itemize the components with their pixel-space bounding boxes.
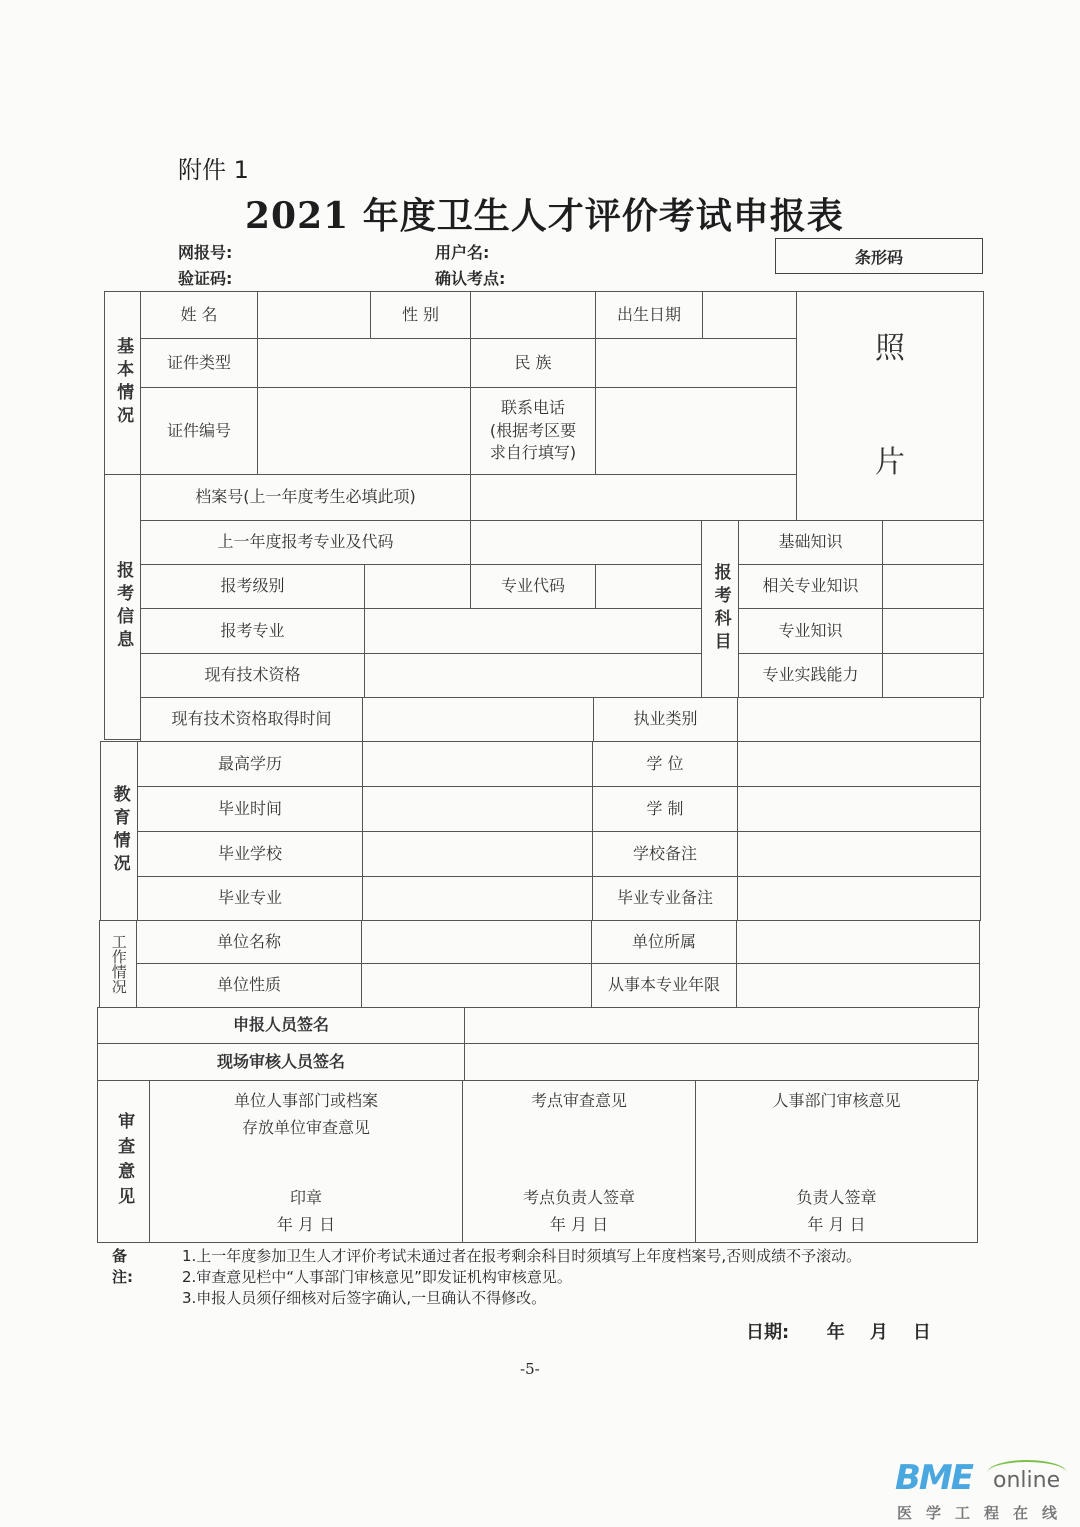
label-phone: 联系电话 (根据考区要 求自行填写) [470, 387, 596, 475]
label-major: 报考专业 [140, 608, 365, 654]
label-practice-type: 执业类别 [593, 697, 738, 742]
photo-box[interactable]: 照 片 [796, 291, 984, 521]
input-major[interactable] [364, 608, 702, 654]
page-number: -5- [520, 1360, 540, 1378]
input-onsite-reviewer-signature[interactable] [464, 1043, 979, 1081]
photo-label-top: 照 [875, 328, 905, 370]
online-id-label: 网报号: [178, 240, 232, 263]
review-exam-site-date: 年 月 日 [523, 1211, 635, 1238]
input-last-year-major[interactable] [470, 520, 702, 565]
review-hr-dept-date: 年 月 日 [796, 1211, 876, 1238]
barcode-label: 条形码 [855, 245, 903, 268]
label-qual-time: 现有技术资格取得时间 [140, 697, 363, 742]
input-current-qual[interactable] [364, 653, 702, 698]
input-grad-time[interactable] [362, 786, 593, 832]
note-item: 3.申报人员须仔细核对后签字确认,一旦确认不得修改。 [182, 1288, 1002, 1309]
label-unit-name: 单位名称 [136, 920, 362, 964]
input-duration[interactable] [737, 786, 981, 832]
input-subject-basic[interactable] [882, 520, 984, 565]
label-file-no: 档案号(上一年度考生必填此项) [140, 474, 471, 521]
label-last-year-major: 上一年度报考专业及代码 [140, 520, 471, 565]
label-id-number: 证件编号 [140, 387, 258, 475]
section-exam-info: 报考信息 [104, 474, 141, 740]
label-degree: 学 位 [592, 741, 738, 787]
input-grad-major[interactable] [362, 876, 593, 921]
review-unit-hr-title-2: 存放单位审查意见 [234, 1114, 378, 1141]
label-unit-nature: 单位性质 [136, 963, 362, 1008]
input-school[interactable] [362, 831, 593, 877]
label-level: 报考级别 [140, 564, 365, 609]
label-grad-major-note: 毕业专业备注 [592, 876, 738, 921]
label-name: 姓 名 [140, 291, 258, 339]
logo-chinese: 医学工程在线 [897, 1502, 1071, 1523]
logo-online: online [993, 1468, 1060, 1493]
input-subject-related[interactable] [882, 564, 984, 609]
label-ethnicity: 民 族 [470, 338, 596, 388]
label-subject-related: 相关专业知识 [738, 564, 883, 609]
label-id-type: 证件类型 [140, 338, 258, 388]
verify-code-label: 验证码: [178, 266, 232, 289]
label-school-note: 学校备注 [592, 831, 738, 877]
input-applicant-signature[interactable] [464, 1007, 979, 1044]
notes-label: 备注: [112, 1246, 133, 1288]
section-work: 工作情况 [99, 920, 137, 1008]
label-birth-date: 出生日期 [595, 291, 703, 339]
review-unit-hr-date: 年 月 日 [277, 1211, 335, 1238]
input-gender[interactable] [470, 291, 596, 339]
input-ethnicity[interactable] [595, 338, 797, 388]
review-exam-site-title: 考点审查意见 [531, 1087, 627, 1114]
photo-label-bottom: 片 [875, 442, 905, 484]
section-review: 审查意见 [97, 1080, 150, 1243]
review-hr-dept-sign: 负责人签章 [796, 1184, 876, 1211]
input-unit-nature[interactable] [361, 963, 592, 1008]
label-gender: 性 别 [370, 291, 471, 339]
input-subject-professional[interactable] [882, 608, 984, 654]
review-hr-dept-title: 人事部门审核意见 [772, 1087, 900, 1114]
username-label: 用户名: [435, 240, 489, 263]
footer-date: 日期: 年 月 日 [746, 1318, 931, 1344]
attachment-label: 附件 1 [178, 150, 249, 185]
input-practice-type[interactable] [737, 697, 981, 742]
label-major-code: 专业代码 [470, 564, 596, 609]
input-subject-practice[interactable] [882, 653, 984, 698]
input-major-code[interactable] [595, 564, 702, 609]
barcode-box: 条形码 [775, 238, 983, 274]
label-applicant-signature: 申报人员签名 [97, 1007, 465, 1044]
input-phone[interactable] [595, 387, 797, 475]
input-level[interactable] [364, 564, 471, 609]
note-item: 2.审查意见栏中“人事部门审核意见”即发证机构审核意见。 [182, 1267, 1002, 1288]
label-duration: 学 制 [592, 786, 738, 832]
input-unit-name[interactable] [361, 920, 592, 964]
label-subject-professional: 专业知识 [738, 608, 883, 654]
note-item: 1.上一年度参加卫生人才评价考试未通过者在报考剩余科目时须填写上年度档案号,否则… [182, 1246, 1002, 1267]
input-highest-degree[interactable] [362, 741, 593, 787]
section-education: 教育情况 [100, 741, 138, 921]
input-id-number[interactable] [257, 387, 471, 475]
review-exam-site[interactable]: 考点审查意见 考点负责人签章 年 月 日 [462, 1080, 696, 1243]
label-subject-practice: 专业实践能力 [738, 653, 883, 698]
page-title: 2021 年度卫生人才评价考试申报表 [245, 188, 844, 239]
input-birth-date[interactable] [702, 291, 797, 339]
review-unit-hr[interactable]: 单位人事部门或档案 存放单位审查意见 印章 年 月 日 [149, 1080, 463, 1243]
input-qual-time[interactable] [362, 697, 594, 742]
label-onsite-reviewer-signature: 现场审核人员签名 [97, 1043, 465, 1081]
input-file-no[interactable] [470, 474, 797, 521]
label-grad-major: 毕业专业 [137, 876, 363, 921]
label-unit-belong: 单位所属 [591, 920, 737, 964]
confirm-site-label: 确认考点: [435, 266, 505, 289]
logo-brand: BME [895, 1458, 972, 1498]
label-highest-degree: 最高学历 [137, 741, 363, 787]
label-current-qual: 现有技术资格 [140, 653, 365, 698]
label-grad-time: 毕业时间 [137, 786, 363, 832]
input-name[interactable] [257, 291, 371, 339]
section-exam-subjects: 报考科目 [701, 520, 739, 698]
input-grad-major-note[interactable] [737, 876, 981, 921]
input-id-type[interactable] [257, 338, 471, 388]
input-years[interactable] [736, 963, 980, 1008]
review-exam-site-sign: 考点负责人签章 [523, 1184, 635, 1211]
review-unit-hr-title-1: 单位人事部门或档案 [234, 1087, 378, 1114]
review-hr-dept[interactable]: 人事部门审核意见 负责人签章 年 月 日 [695, 1080, 978, 1243]
bme-online-logo: BME online 医学工程在线 [895, 1458, 1075, 1524]
label-subject-basic: 基础知识 [738, 520, 883, 565]
input-unit-belong[interactable] [736, 920, 980, 964]
label-years: 从事本专业年限 [591, 963, 737, 1008]
review-unit-hr-seal: 印章 [277, 1184, 335, 1211]
section-basic: 基本情况 [104, 291, 141, 475]
label-school: 毕业学校 [137, 831, 363, 877]
input-school-note[interactable] [737, 831, 981, 877]
input-degree[interactable] [737, 741, 981, 787]
